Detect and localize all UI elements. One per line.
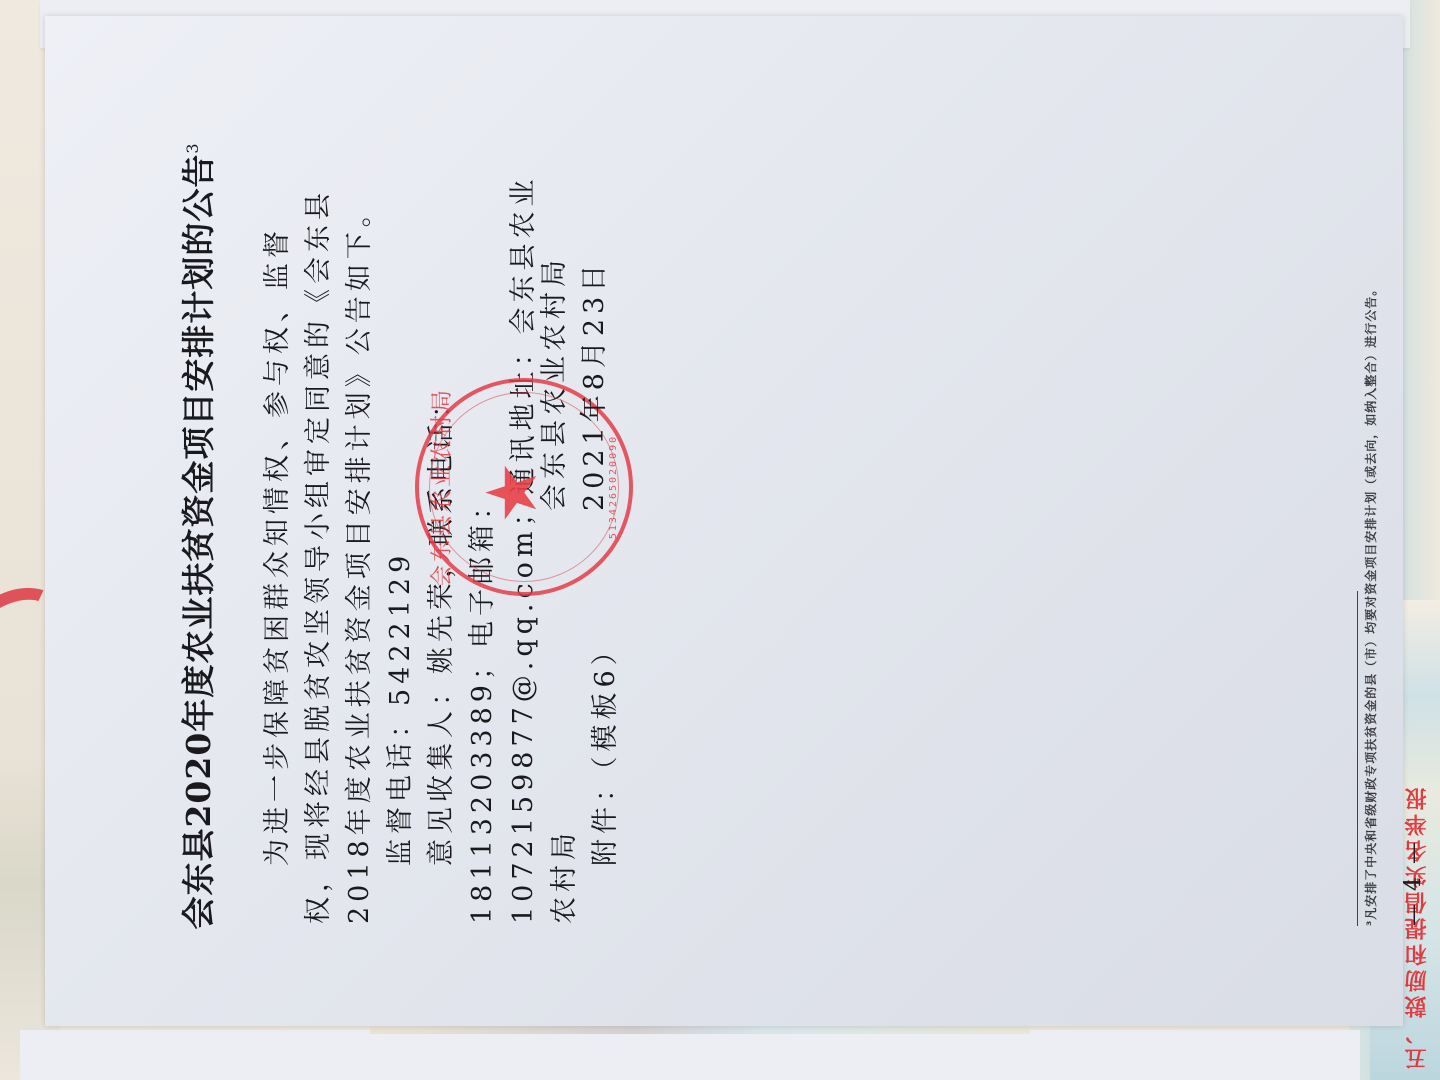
paper-behind-bottom [20, 1030, 1360, 1080]
signing-organization: 会东县农业农村局 [535, 151, 575, 511]
footnote-mark: 3 [183, 142, 202, 153]
intro-paragraph: 为进一步保障贫困群众知情权、参与权、监督权，现将经县脱贫攻坚领导小组审定同意的《… [257, 164, 380, 924]
footnote-divider [1357, 591, 1358, 926]
signing-date: 2021年8月23日 [575, 151, 615, 511]
signature-block: 会东县农业农村局 2021年8月23日 [535, 151, 615, 511]
notice-page: 会东县2020年度农业扶贫资金项目安排计划的公告3 为进一步保障贫困群众知情权、… [145, 56, 1440, 1016]
seal-text: 会东县农业农村局 [425, 382, 456, 592]
supervision-phone: 监督电话：5422129 [380, 164, 421, 924]
footnote: ³凡安排了中央和省级财政专项扶贫资金的县（市）均要对资金项目安排计划（或去向，如… [1362, 126, 1379, 926]
notice-sheet: 会东县2020年度农业扶贫资金项目安排计划的公告3 为进一步保障贫困群众知情权、… [45, 16, 1403, 1026]
page-number: — 4 — [1401, 839, 1426, 926]
title-text: 会东县2020年度农业扶贫资金项目安排计划的公告 [179, 154, 218, 930]
notice-title: 会东县2020年度农业扶贫资金项目安排计划的公告3 [173, 56, 220, 1016]
